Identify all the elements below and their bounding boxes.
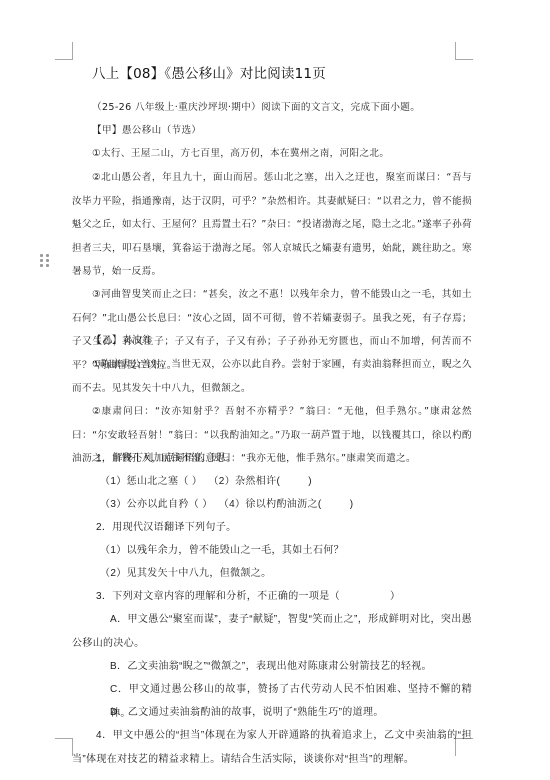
question-3-option-a: A．甲文愚公“聚室而谋”，妻子“献疑”，智叟“笑而止之”，形成鲜明对比，突出愚公… <box>72 608 472 655</box>
question-2-stem: 2．用现代汉语翻译下列句子。 <box>96 516 472 540</box>
passage-a-paragraph-2: ②北山愚公者，年且九十，面山而居。惩山北之塞，出入之迂也，聚室而谋曰：“吾与汝毕… <box>72 166 472 284</box>
question-2-item-1: （1）以残年余力，曾不能毁山之一毛，其如土石何？ <box>100 539 472 563</box>
question-2-item-2: （2）见其发矢十中八九，但微颔之。 <box>100 562 472 586</box>
page-corner-mark-top-right <box>455 42 473 60</box>
passage-b-heading: 【乙】卖油翁 <box>92 329 472 353</box>
question-1-item-2: （3）公亦以此自矜（ ） （4）徐以杓酌油沥之( ) <box>100 493 472 517</box>
drag-dot <box>46 264 49 267</box>
question-4-stem: 4．甲文中愚公的“担当”体现在为家人开辟通路的执着追求上，乙文中卖油翁的“担当”… <box>72 724 472 771</box>
block-drag-handle-icon[interactable] <box>40 254 50 268</box>
drag-dot <box>40 259 43 262</box>
passage-b-paragraph-1: ①陈康肃公善射，当世无双，公亦以此自矜。尝射于家圃，有卖油翁释担而立，睨之久而不… <box>72 353 472 400</box>
intro-text: （25-26 八年级上·重庆沙坪坝·期中）阅读下面的文言文，完成下面小题。 <box>92 96 472 120</box>
document-title: 八上【08】《愚公移山》对比阅读11页 <box>92 62 326 82</box>
passage-a-heading: 【甲】愚公移山（节选） <box>92 119 472 143</box>
drag-dot <box>40 264 43 267</box>
question-3-stem: 3．下列对文章内容的理解和分析，不正确的一项是（ ） <box>96 585 472 609</box>
drag-dot <box>40 254 43 257</box>
question-3-option-d: D．乙文通过卖油翁酌油的故事，说明了“熟能生巧”的道理。 <box>110 701 472 725</box>
question-1-stem: 1．解释下列加点词语的意思。 <box>96 447 472 471</box>
question-1-item-1: （1）惩山北之塞（ ） （2）杂然相许( ) <box>100 470 472 494</box>
page-corner-mark-bottom-left <box>55 738 73 756</box>
passage-a-paragraph-1: ①太行、王屋二山，方七百里，高万仞，本在冀州之南，河阳之北。 <box>72 142 472 166</box>
question-3-option-b: B．乙文卖油翁“睨之”“微颔之”，表现出他对陈康肃公射箭技艺的轻视。 <box>110 655 472 679</box>
drag-dot <box>46 259 49 262</box>
page-corner-mark-top-left <box>55 42 73 60</box>
drag-dot <box>46 254 49 257</box>
